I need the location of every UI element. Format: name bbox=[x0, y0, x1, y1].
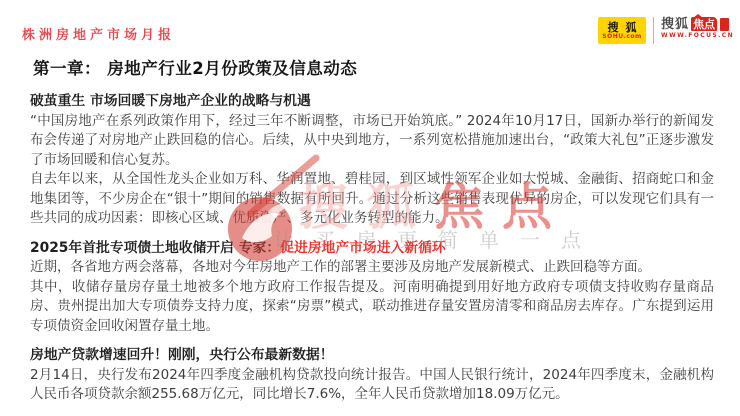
section-heading: 房地产贷款增速回升！刚刚，央行公布最新数据！ bbox=[30, 346, 714, 366]
section-heading-red: 促进房地产市场进入新循环 bbox=[280, 240, 446, 256]
paragraph: 自去年以来，从全国性龙头企业如万科、华润置地、碧桂园，到区域性领军企业如大悦城、… bbox=[30, 170, 714, 229]
sohu-focus-logo-row: 搜狐 焦点 bbox=[661, 17, 734, 31]
report-title: 株洲房地产市场月报 bbox=[22, 24, 175, 43]
paragraph: 2月14日，央行发布2024年四季度金融机构贷款投向统计报告。中国人民银行统计，… bbox=[30, 366, 714, 405]
sohu-logo: 搜狐 SOHU.com bbox=[598, 17, 646, 44]
sohu-focus-prefix-text: 搜狐 bbox=[661, 18, 689, 31]
paragraph: 近期，各省地方两会落幕，各地对今年房地产工作的部署主要涉及房地产发展新模式、止跌… bbox=[30, 258, 714, 278]
sohu-logo-url: SOHU.com bbox=[602, 34, 642, 40]
focus-seal-icon bbox=[720, 18, 729, 31]
paragraph: 其中，收储存量房存量土地被多个地方政府工作报告提及。河南明确提到用好地方政府专项… bbox=[30, 278, 714, 337]
sohu-focus-url: WWW.FOCUS.CN bbox=[661, 33, 734, 39]
section-heading-black: 2025年首批专项债土地收储开启 专家： bbox=[30, 240, 280, 256]
section-heading: 破茧重生 市场回暖下房地产企业的战略与机遇 bbox=[30, 92, 714, 112]
brand-logos: 搜狐 SOHU.com 搜狐 焦点 WWW.FOCUS.CN bbox=[598, 17, 734, 44]
focus-house-icon: 焦点 bbox=[691, 17, 717, 31]
report-page: 株洲房地产市场月报 搜狐 SOHU.com 搜狐 焦点 WWW.FOCUS.CN… bbox=[0, 0, 740, 416]
report-body: 破茧重生 市场回暖下房地产企业的战略与机遇 “中国房地产在系列政策作用下，经过三… bbox=[30, 92, 714, 415]
chapter-title: 第一章： 房地产行业2月份政策及信息动态 bbox=[33, 55, 357, 79]
logo-divider bbox=[653, 17, 654, 44]
section-special-bonds: 2025年首批专项债土地收储开启 专家：促进房地产市场进入新循环 近期，各省地方… bbox=[30, 239, 714, 337]
sohu-logo-text: 搜狐 bbox=[601, 22, 644, 33]
sohu-focus-logo: 搜狐 焦点 WWW.FOCUS.CN bbox=[661, 17, 734, 39]
section-loan-data: 房地产贷款增速回升！刚刚，央行公布最新数据！ 2月14日，央行发布2024年四季… bbox=[30, 346, 714, 405]
section-heading: 2025年首批专项债土地收储开启 专家：促进房地产市场进入新循环 bbox=[30, 239, 714, 259]
section-market-recovery: 破茧重生 市场回暖下房地产企业的战略与机遇 “中国房地产在系列政策作用下，经过三… bbox=[30, 92, 714, 229]
paragraph: “中国房地产在系列政策作用下，经过三年不断调整，市场已开始筑底。” 2024年1… bbox=[30, 112, 714, 171]
